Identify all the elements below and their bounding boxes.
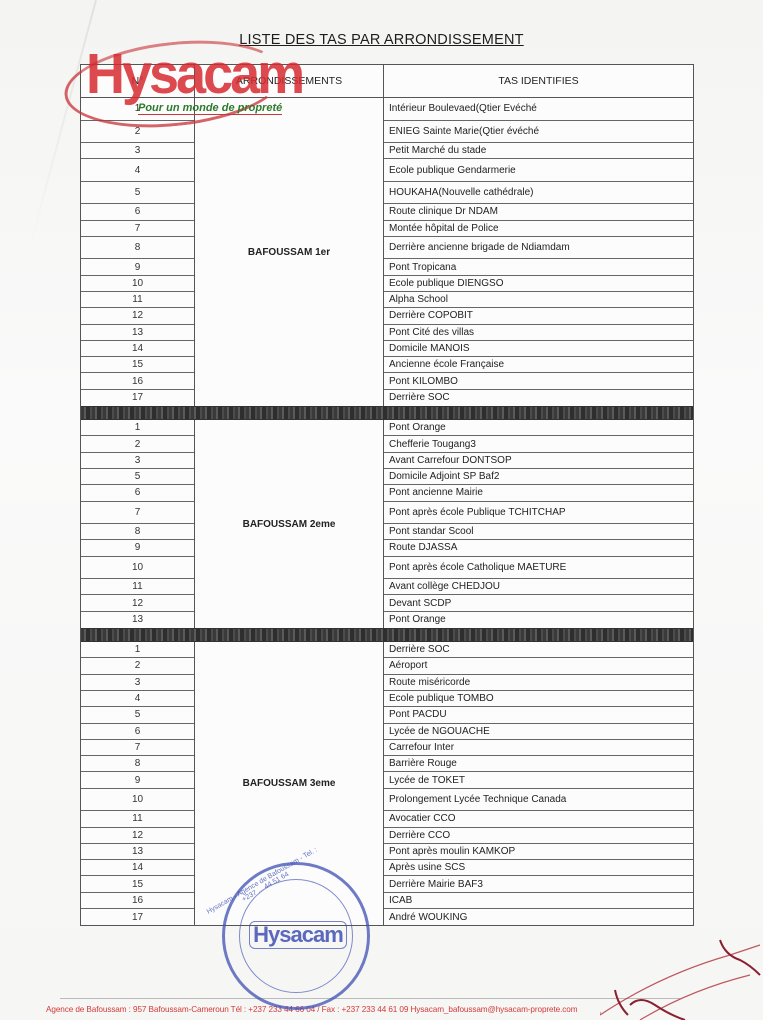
site-cell: Domicile Adjoint SP Baf2 <box>384 469 693 485</box>
site-cell: Avant collège CHEDJOU <box>384 579 693 595</box>
number-column: 1235678910111213 <box>81 420 195 628</box>
tas-table: N° ARRONDISSEMENTS TAS IDENTIFIES 123456… <box>80 64 694 926</box>
row-number: 10 <box>81 276 194 292</box>
site-cell: Derrière COPOBIT <box>384 308 693 324</box>
footer-divider <box>60 998 680 999</box>
row-number: 10 <box>81 789 194 812</box>
row-number: 9 <box>81 772 194 788</box>
district-section: 1235678910111213BAFOUSSAM 2emePont Orang… <box>81 420 693 628</box>
site-cell: Pont Orange <box>384 420 693 436</box>
site-cell: ICAB <box>384 893 693 909</box>
row-number: 8 <box>81 237 194 260</box>
site-cell: Chefferie Tougang3 <box>384 436 693 452</box>
site-cell: Intérieur Boulevaed(Qtier Evéché <box>384 98 693 121</box>
row-number: 12 <box>81 595 194 611</box>
row-number: 12 <box>81 828 194 844</box>
row-number: 16 <box>81 373 194 389</box>
site-cell: Montée hôpital de Police <box>384 221 693 237</box>
row-number: 7 <box>81 221 194 237</box>
site-cell: Ecole publique TOMBO <box>384 691 693 707</box>
table-header: N° ARRONDISSEMENTS TAS IDENTIFIES <box>81 65 693 98</box>
row-number: 4 <box>81 159 194 182</box>
site-cell: Carrefour Inter <box>384 740 693 756</box>
row-number: 13 <box>81 844 194 860</box>
row-number: 8 <box>81 756 194 772</box>
row-number: 9 <box>81 259 194 275</box>
row-number: 17 <box>81 909 194 925</box>
row-number: 12 <box>81 308 194 324</box>
site-cell: André WOUKING <box>384 909 693 925</box>
row-number: 5 <box>81 182 194 205</box>
row-number: 17 <box>81 390 194 406</box>
header-number: N° <box>81 65 195 97</box>
site-cell: Route DJASSA <box>384 540 693 556</box>
site-cell: Derrière CCO <box>384 828 693 844</box>
sites-column: Intérieur Boulevaed(Qtier EvéchéENIEG Sa… <box>384 98 693 406</box>
document-title: LISTE DES TAS PAR ARRONDISSEMENT <box>0 32 763 48</box>
site-cell: Ancienne école Française <box>384 357 693 373</box>
row-number: 6 <box>81 485 194 501</box>
site-cell: Pont après moulin KAMKOP <box>384 844 693 860</box>
site-cell: Pont PACDU <box>384 707 693 723</box>
district-section: 1234567891011121314151617BAFOUSSAM 3emeD… <box>81 642 693 925</box>
row-number: 11 <box>81 579 194 595</box>
row-number: 7 <box>81 740 194 756</box>
row-number: 1 <box>81 420 194 436</box>
row-number: 11 <box>81 811 194 827</box>
sites-column: Pont OrangeChefferie Tougang3Avant Carre… <box>384 420 693 628</box>
site-cell: Domicile MANOIS <box>384 341 693 357</box>
site-cell: Avant Carrefour DONTSOP <box>384 453 693 469</box>
sites-column: Derrière SOCAéroportRoute miséricordeEco… <box>384 642 693 925</box>
row-number: 13 <box>81 325 194 341</box>
district-label: BAFOUSSAM 2eme <box>195 420 384 628</box>
section-divider <box>81 406 693 420</box>
row-number: 3 <box>81 143 194 159</box>
site-cell: Devant SCDP <box>384 595 693 611</box>
section-divider <box>81 628 693 642</box>
site-cell: Pont standar Scool <box>384 524 693 540</box>
header-sites: TAS IDENTIFIES <box>384 65 693 97</box>
row-number: 2 <box>81 436 194 452</box>
site-cell: Derrière SOC <box>384 390 693 406</box>
site-cell: HOUKAHA(Nouvelle cathédrale) <box>384 182 693 205</box>
row-number: 7 <box>81 502 194 525</box>
row-number: 11 <box>81 292 194 308</box>
site-cell: Derrière ancienne brigade de Ndiamdam <box>384 237 693 260</box>
row-number: 6 <box>81 724 194 740</box>
site-cell: Route miséricorde <box>384 675 693 691</box>
row-number: 15 <box>81 876 194 892</box>
footer-contact: Agence de Bafoussam : 957 Bafoussam-Came… <box>46 1005 746 1014</box>
district-section: 1234567891011121314151617BAFOUSSAM 1erIn… <box>81 98 693 406</box>
row-number: 3 <box>81 675 194 691</box>
site-cell: Pont Orange <box>384 612 693 628</box>
site-cell: Route clinique Dr NDAM <box>384 204 693 220</box>
row-number: 15 <box>81 357 194 373</box>
site-cell: Ecole publique Gendarmerie <box>384 159 693 182</box>
row-number: 3 <box>81 453 194 469</box>
number-column: 1234567891011121314151617 <box>81 642 195 925</box>
row-number: 8 <box>81 524 194 540</box>
site-cell: ENIEG Sainte Marie(Qtier évéché <box>384 121 693 144</box>
site-cell: Derrière SOC <box>384 642 693 658</box>
row-number: 16 <box>81 893 194 909</box>
table-body: 1234567891011121314151617BAFOUSSAM 1erIn… <box>81 98 693 925</box>
site-cell: Lycée de NGOUACHE <box>384 724 693 740</box>
site-cell: Prolongement Lycée Technique Canada <box>384 789 693 812</box>
row-number: 14 <box>81 860 194 876</box>
row-number: 5 <box>81 707 194 723</box>
site-cell: Pont après école Catholique MAETURE <box>384 557 693 580</box>
site-cell: Lycée de TOKET <box>384 772 693 788</box>
site-cell: Pont KILOMBO <box>384 373 693 389</box>
site-cell: Après usine SCS <box>384 860 693 876</box>
site-cell: Alpha School <box>384 292 693 308</box>
row-number: 5 <box>81 469 194 485</box>
site-cell: Petit Marché du stade <box>384 143 693 159</box>
row-number: 14 <box>81 341 194 357</box>
row-number: 9 <box>81 540 194 556</box>
row-number: 1 <box>81 98 194 121</box>
site-cell: Ecole publique DIENGSO <box>384 276 693 292</box>
row-number: 1 <box>81 642 194 658</box>
row-number: 4 <box>81 691 194 707</box>
site-cell: Barrière Rouge <box>384 756 693 772</box>
site-cell: Avocatier CCO <box>384 811 693 827</box>
site-cell: Pont après école Publique TCHITCHAP <box>384 502 693 525</box>
site-cell: Pont Tropicana <box>384 259 693 275</box>
row-number: 6 <box>81 204 194 220</box>
number-column: 1234567891011121314151617 <box>81 98 195 406</box>
district-label: BAFOUSSAM 1er <box>195 98 384 406</box>
header-district: ARRONDISSEMENTS <box>195 65 384 97</box>
row-number: 13 <box>81 612 194 628</box>
district-label: BAFOUSSAM 3eme <box>195 642 384 925</box>
row-number: 10 <box>81 557 194 580</box>
row-number: 2 <box>81 121 194 144</box>
site-cell: Aéroport <box>384 658 693 674</box>
site-cell: Pont Cité des villas <box>384 325 693 341</box>
row-number: 2 <box>81 658 194 674</box>
site-cell: Pont ancienne Mairie <box>384 485 693 501</box>
site-cell: Derrière Mairie BAF3 <box>384 876 693 892</box>
